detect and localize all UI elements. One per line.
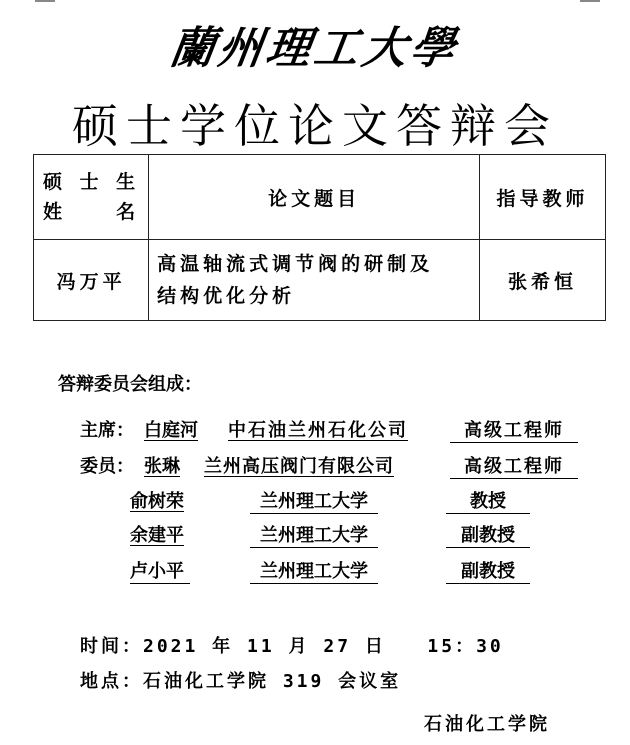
chair-title: 高级工程师 [450, 416, 578, 443]
chair-name: 白庭河 [144, 416, 198, 442]
page-corner-mark-right [580, 0, 600, 2]
thesis-info-table: 硕 士 生 姓 名 论文题目 指导教师 冯万平 高温轴流式调节阀的研制及 结构优… [33, 154, 606, 321]
member-org-text: 兰州理工大学 [250, 487, 378, 514]
member-title: 副教授 [446, 557, 530, 584]
header-char: 士 [80, 167, 103, 197]
defense-time: 时间：2021 年 11 月 27 日 15：30 [80, 632, 504, 658]
page-corner-mark-left [35, 0, 55, 2]
member-name: 卢小平 [130, 557, 190, 584]
header-student-name: 硕 士 生 姓 名 [34, 155, 149, 240]
member-name-text: 卢小平 [130, 557, 190, 584]
advisor-name: 张希恒 [480, 240, 606, 321]
place-label: 地点： [80, 671, 143, 692]
member-title: 高级工程师 [450, 452, 578, 479]
thesis-topic-line2: 结构优化分析 [157, 280, 478, 312]
place-value: 石油化工学院 319 会议室 [143, 671, 401, 692]
header-char: 生 [116, 167, 139, 197]
table-row: 冯万平 高温轴流式调节阀的研制及 结构优化分析 张希恒 [34, 240, 606, 321]
chair-title-text: 高级工程师 [450, 416, 578, 443]
defense-place: 地点：石油化工学院 319 会议室 [80, 667, 401, 693]
member-title: 教授 [446, 487, 530, 514]
member-title-text: 教授 [446, 487, 530, 514]
chair-org: 中石油兰州石化公司 [228, 416, 408, 442]
member-title-text: 副教授 [446, 557, 530, 584]
member-name: 张琳 [144, 452, 180, 478]
member-title: 副教授 [446, 521, 530, 548]
member-org: 兰州理工大学 [250, 487, 378, 514]
header-thesis-topic: 论文题目 [149, 155, 480, 240]
member-org-text: 兰州理工大学 [250, 521, 378, 548]
header-advisor: 指导教师 [480, 155, 606, 240]
organizer-signature: 石油化工学院 [424, 710, 550, 736]
student-name: 冯万平 [34, 240, 149, 321]
header-char: 名 [116, 197, 139, 227]
member-title-text: 高级工程师 [450, 452, 578, 479]
member-org-text: 兰州理工大学 [250, 557, 378, 584]
member-name: 余建平 [130, 521, 184, 547]
time-label: 时间： [80, 636, 143, 657]
thesis-topic: 高温轴流式调节阀的研制及 结构优化分析 [149, 240, 480, 321]
header-char: 姓 [43, 197, 66, 227]
members-role-label: 委员： [80, 452, 134, 478]
member-title-text: 副教授 [446, 521, 530, 548]
university-logo-text: 蘭州理工大學 [0, 12, 630, 76]
member-org: 兰州理工大学 [250, 557, 378, 584]
committee-heading: 答辩委员会组成： [58, 370, 202, 396]
member-org: 兰州高压阀门有限公司 [204, 452, 394, 478]
member-name: 俞树荣 [130, 487, 184, 513]
time-value: 2021 年 11 月 27 日 15：30 [143, 636, 504, 657]
member-org: 兰州理工大学 [250, 521, 378, 548]
thesis-topic-line1: 高温轴流式调节阀的研制及 [157, 248, 478, 280]
table-header-row: 硕 士 生 姓 名 论文题目 指导教师 [34, 155, 606, 240]
page-title: 硕士学位论文答辩会 [0, 90, 630, 156]
chair-role-label: 主席： [80, 416, 134, 442]
header-char: 硕 [43, 167, 66, 197]
